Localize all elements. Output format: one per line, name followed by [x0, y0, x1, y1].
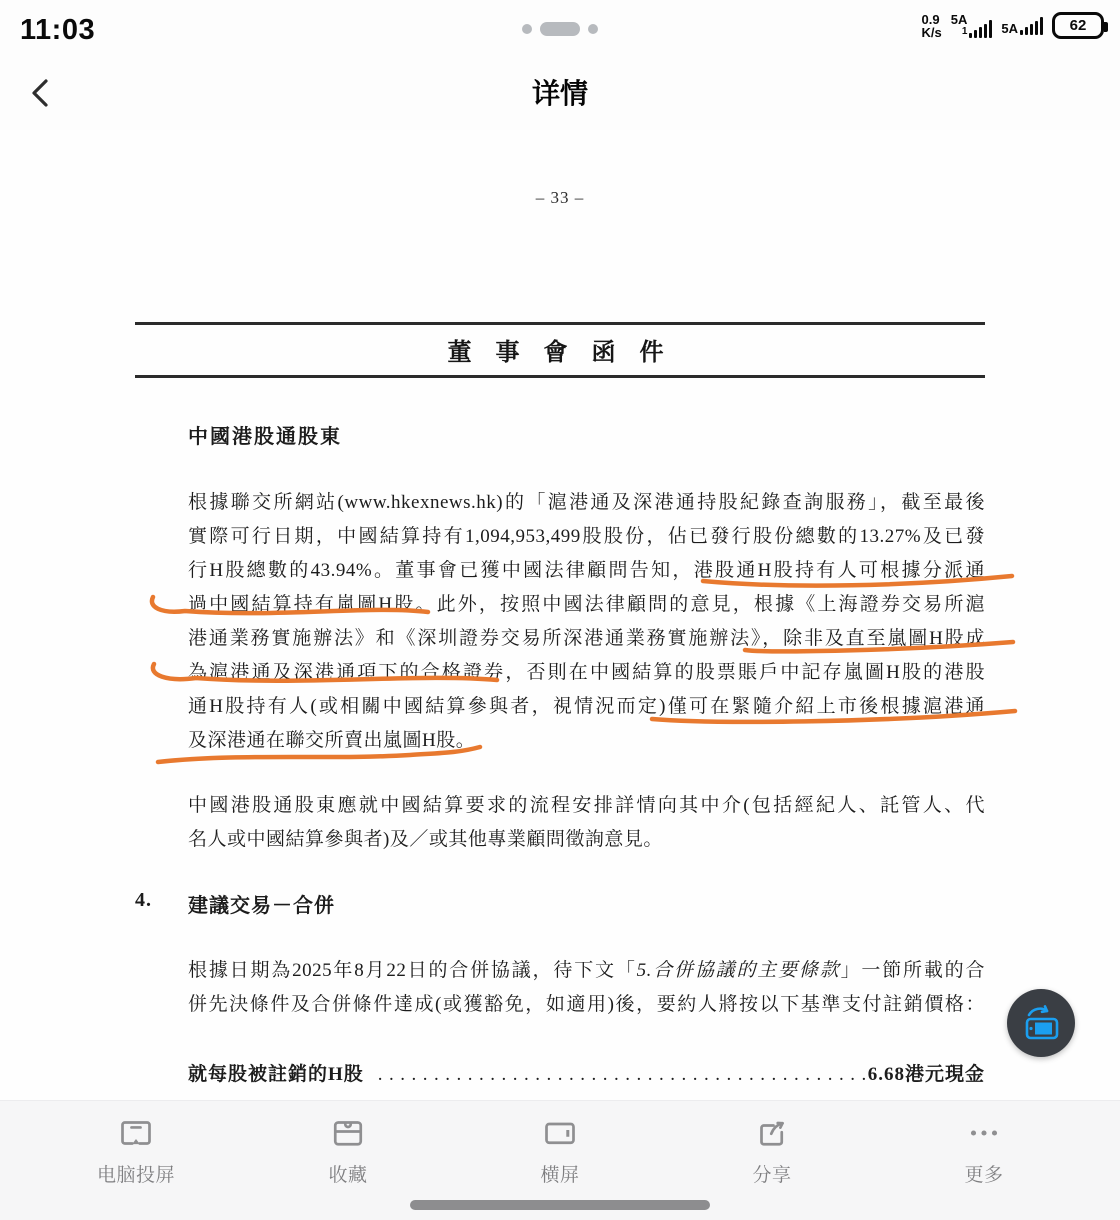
tool-label: 横屏 [540, 1160, 579, 1187]
share-button[interactable]: 分享 [707, 1115, 837, 1187]
tool-label: 更多 [964, 1160, 1003, 1187]
more-button[interactable]: 更多 [919, 1115, 1049, 1187]
camera-cutout [522, 22, 598, 36]
camera-dot-icon [588, 24, 598, 34]
heading-rule-block: 董 事 會 函 件 [135, 322, 985, 378]
paragraph-3: 根據日期為2025年8月22日的合併協議，待下文「5.合併協議的主要條款」一節所… [135, 954, 985, 1022]
clock-time: 11:03 [20, 14, 95, 47]
sim2-network-type: 5A [1001, 23, 1018, 35]
rotate-phone-landscape-icon [1019, 1001, 1063, 1045]
status-bar: 11:03 0.9 K/s 5A 1 5A [0, 0, 1120, 56]
favorite-box-icon [330, 1115, 366, 1151]
section-heading: 4. 建議交易－合併 [135, 889, 985, 918]
document-subheading: 中國港股通股東 [135, 420, 985, 449]
favorite-button[interactable]: 收藏 [283, 1115, 413, 1187]
text-line: 過中國結算持有嵐圖H股。此外，按照中國法律顧問的意見，根據《上海證券交易所滬 [188, 588, 985, 622]
pdf-page-number: – 33 – [135, 188, 985, 208]
signal-bars-icon [1020, 17, 1043, 35]
text-line: 名人或中國結算參與者)及／或其他專業顧問徵詢意見。 [188, 823, 985, 857]
camera-pill-icon [540, 22, 580, 36]
sim1-network-type: 5A [951, 14, 968, 26]
text-line: 通H股持有人(或相關中國結算參與者，視情況而定)僅可在緊隨介紹上市後根據滬港通 [188, 690, 985, 724]
sim2-signal: 5A [1001, 17, 1043, 35]
dot-leader: ........................................… [364, 1064, 868, 1086]
tool-label: 电脑投屏 [97, 1160, 175, 1187]
sim1-signal: 5A 1 [951, 14, 993, 38]
home-indicator[interactable] [410, 1200, 710, 1210]
document-viewer[interactable]: – 33 – 董 事 會 函 件 中國港股通股東 根據聯交所網站(www.hke… [0, 130, 1120, 1106]
share-icon [754, 1115, 790, 1151]
battery-percent: 62 [1070, 17, 1087, 34]
screen-cast-button[interactable]: 电脑投屏 [71, 1115, 201, 1187]
network-speed-unit: K/s [922, 26, 942, 39]
landscape-button[interactable]: 横屏 [495, 1115, 625, 1187]
section-title: 建議交易－合併 [188, 889, 335, 918]
tool-label: 收藏 [328, 1160, 367, 1187]
text-line: 中國港股通股東應就中國結算要求的流程安排詳情向其中介(包括經紀人、託管人、代 [188, 789, 985, 823]
network-speed-value: 0.9 [922, 13, 940, 26]
nav-bar: 详情 [0, 56, 1120, 130]
text-line: 根據日期為2025年8月22日的合併協議，待下文「5.合併協議的主要條款」一節所… [188, 954, 985, 988]
page-title: 详情 [0, 72, 1120, 112]
text-line: 行H股總數的43.94%。董事會已獲中國法律顧問告知，港股通H股持有人可根據分派… [188, 554, 985, 588]
text-line: 及深港通在聯交所賣出嵐圖H股。 [188, 724, 985, 758]
sim1-slot-number: 1 [962, 26, 968, 38]
status-icons: 0.9 K/s 5A 1 5A 62 [922, 12, 1104, 39]
text-line: 港通業務實施辦法》和《深圳證券交易所深港通業務實施辦法》，除非及直至嵐圖H股成 [188, 622, 985, 656]
battery-icon: 62 [1052, 12, 1104, 39]
text-line: 併先決條件及合併條件達成(或獲豁免，如適用)後，要約人將按以下基準支付註銷價格： [188, 988, 985, 1022]
signal-bars-icon [969, 20, 992, 38]
rotate-screen-button[interactable] [1007, 989, 1075, 1057]
price-label: 就每股被註銷的H股 [188, 1059, 364, 1086]
phone-screen: 11:03 0.9 K/s 5A 1 5A [0, 0, 1120, 1220]
paragraph-1: 根據聯交所網站(www.hkexnews.hk)的「滬港通及深港通持股紀錄查詢服… [135, 486, 985, 758]
document-heading: 董 事 會 函 件 [135, 332, 985, 367]
more-dots-icon [966, 1115, 1002, 1151]
text-line: 為滬港通及深港通項下的合格證券，否則在中國結算的股票賬戶中記存嵐圖H股的港股 [188, 656, 985, 690]
text-line: 實際可行日期，中國結算持有1,094,953,499股股份，佔已發行股份總數的1… [188, 520, 985, 554]
price-value: 6.68港元現金 [868, 1059, 985, 1086]
screen-cast-icon [118, 1115, 154, 1151]
tool-label: 分享 [752, 1160, 791, 1187]
price-row: 就每股被註銷的H股 ..............................… [135, 1059, 985, 1086]
network-speed: 0.9 K/s [922, 13, 942, 39]
text-line: 根據聯交所網站(www.hkexnews.hk)的「滬港通及深港通持股紀錄查詢服… [188, 486, 985, 520]
landscape-icon [542, 1115, 578, 1151]
paragraph-2: 中國港股通股東應就中國結算要求的流程安排詳情向其中介(包括經紀人、託管人、代 名… [135, 789, 985, 857]
section-number: 4. [135, 889, 188, 918]
camera-dot-icon [522, 24, 532, 34]
